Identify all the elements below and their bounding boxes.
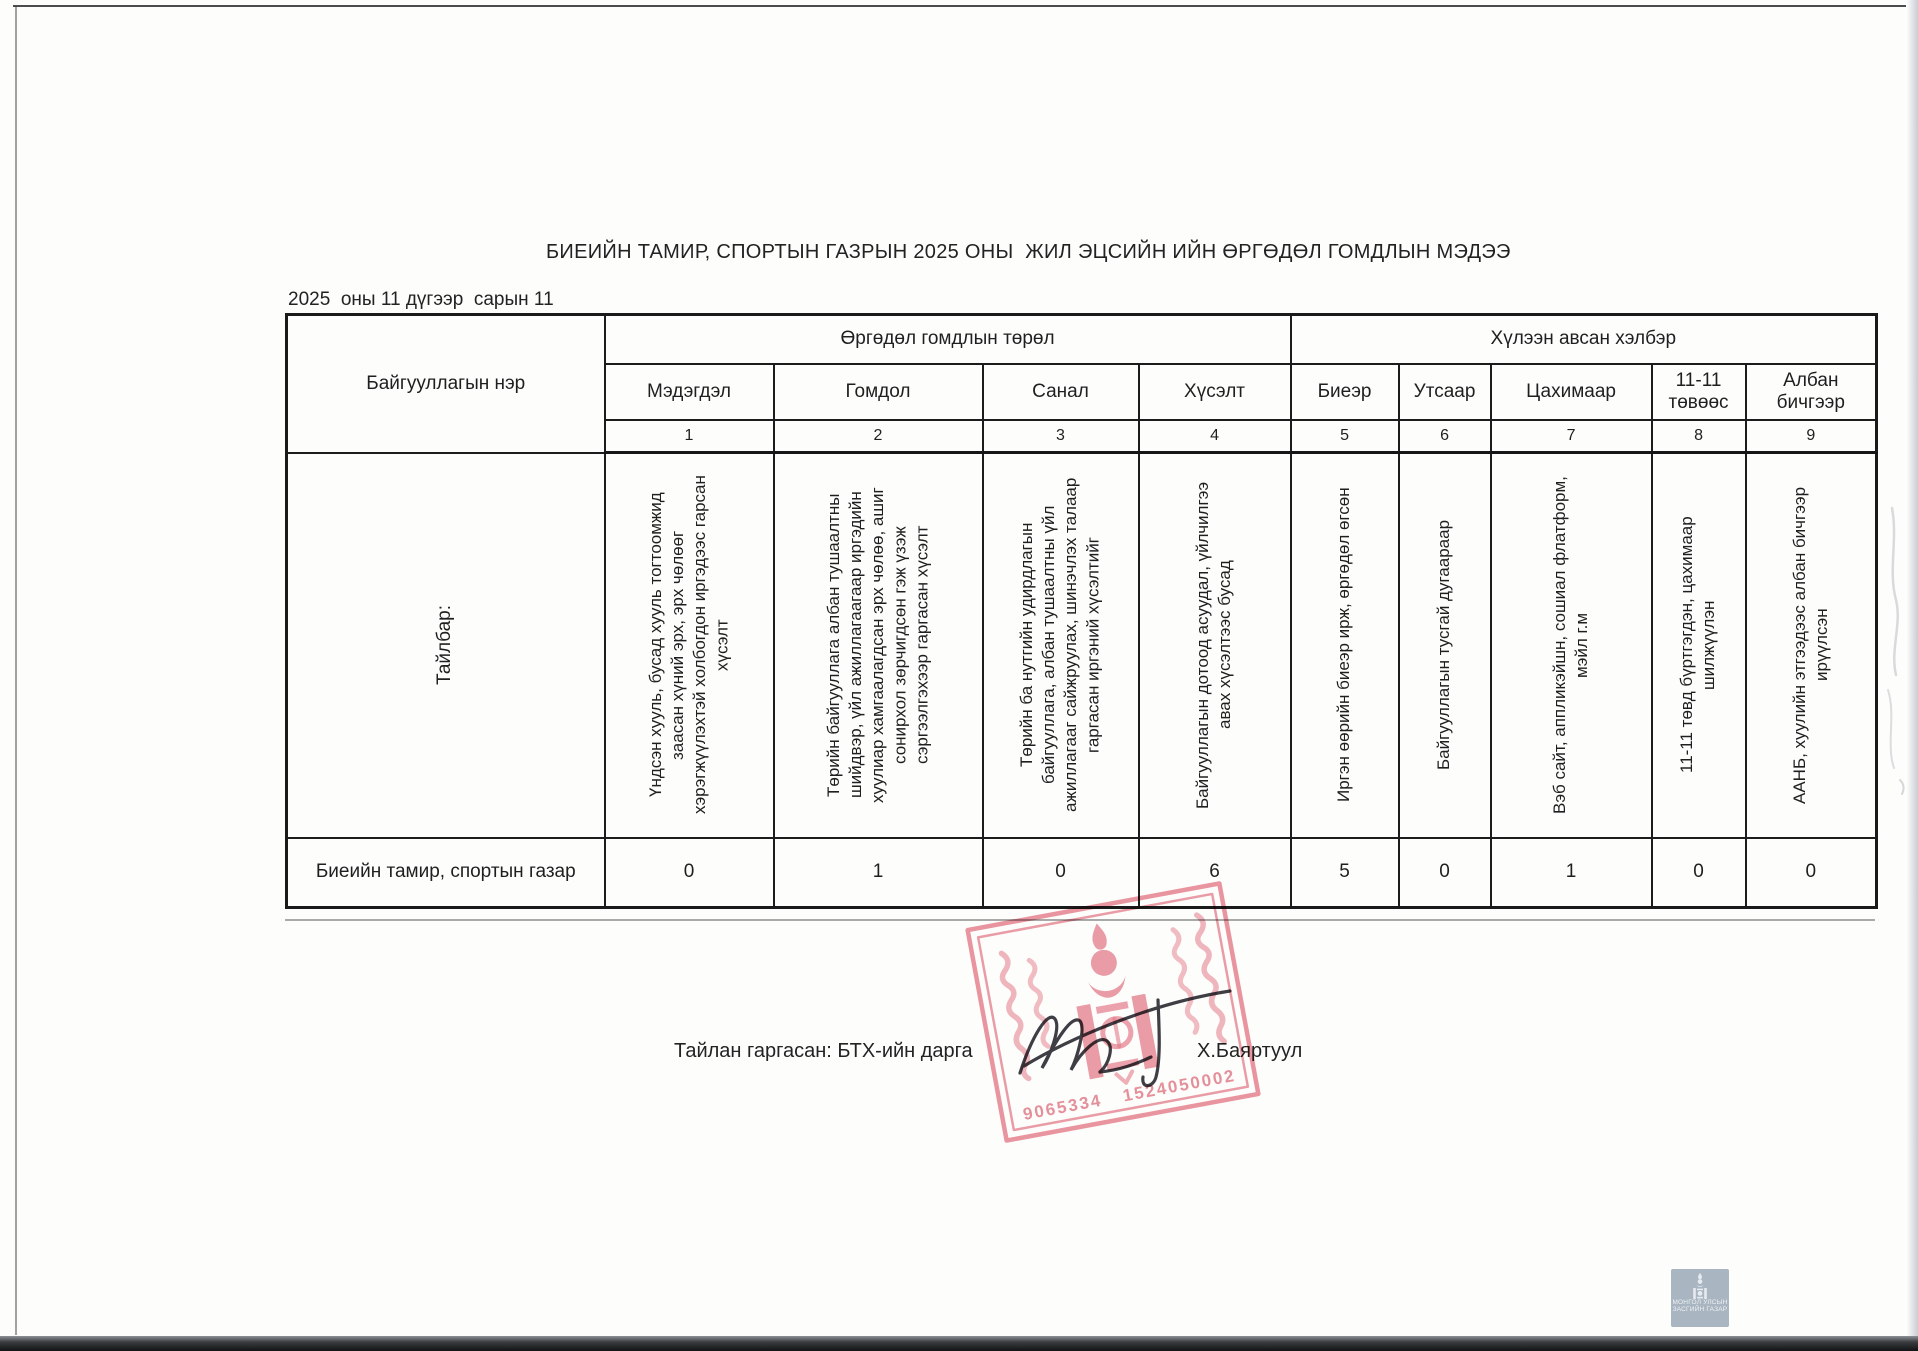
- value-cell: 5: [1291, 838, 1399, 908]
- column-label-cell: Цахимаар: [1491, 364, 1652, 420]
- logo-caption-line1: МОНГОЛ УЛСЫН: [1672, 1299, 1727, 1306]
- column-number-cell: 8: [1652, 420, 1746, 453]
- column-note-cell: Байгууллагын дотоод асуудал, үйлчилгээ а…: [1139, 453, 1291, 838]
- column-note: 11-11 төвд бүртгэгдэн, цахимаар шилжүүлэ…: [1676, 474, 1720, 816]
- column-label-cell: Мэдэгдэл: [605, 364, 774, 420]
- value-cell: 0: [983, 838, 1139, 908]
- note-row-label-cell: Тайлбар:: [287, 453, 605, 838]
- column-note-cell: Үндсэн хууль, бусад хууль тогтоомжид заа…: [605, 453, 774, 838]
- column-note-cell: Төрийн байгууллага албан тушаалтны шийдв…: [774, 453, 983, 838]
- table-row: Байгууллагын нэр Өргөдөл гомдлын төрөл Х…: [287, 315, 1877, 364]
- column-note-cell: Төрийн ба нутгийн удирдлагын байгууллага…: [983, 453, 1139, 838]
- report-table: Байгууллагын нэр Өргөдөл гомдлын төрөл Х…: [285, 313, 1878, 909]
- value-cell: 0: [1399, 838, 1491, 908]
- column-number-cell: 5: [1291, 420, 1399, 453]
- document-title: БИЕИЙН ТАМИР, СПОРТЫН ГАЗРЫН 2025 ОНЫ ЖИ…: [546, 241, 1511, 264]
- column-note-cell: Вэб сайт, аппликэйшн, сошиал флатформ, м…: [1491, 453, 1652, 838]
- value-cell: 0: [1652, 838, 1746, 908]
- column-label-cell: Утсаар: [1399, 364, 1491, 420]
- column-label-cell: Хүсэлт: [1139, 364, 1291, 420]
- column-note: ААНБ, хуулийн этгээдээс албан бичгээр ир…: [1789, 474, 1833, 816]
- column-label-cell: Санал: [983, 364, 1139, 420]
- column-note: Вэб сайт, аппликэйшн, сошиал флатформ, м…: [1549, 474, 1593, 816]
- column-note: Байгууллагын тусгай дугаараар: [1433, 474, 1455, 816]
- column-label-cell: Гомдол: [774, 364, 983, 420]
- note-row-label: Тайлбар:: [433, 605, 458, 685]
- report-date: 2025 оны 11 дүгээр сарын 11: [288, 289, 554, 311]
- page-edge-top: [13, 5, 1918, 7]
- value-cell: 0: [1746, 838, 1877, 908]
- value-cell: 1: [1491, 838, 1652, 908]
- page-edge-bottom: [0, 1336, 1918, 1351]
- column-number-cell: 2: [774, 420, 983, 453]
- column-number-cell: 7: [1491, 420, 1652, 453]
- column-label-cell: Биеэр: [1291, 364, 1399, 420]
- column-number-cell: 4: [1139, 420, 1291, 453]
- column-number-cell: 6: [1399, 420, 1491, 453]
- value-cell: 0: [605, 838, 774, 908]
- column-note: Үндсэн хууль, бусад хууль тогтоомжид заа…: [645, 474, 733, 816]
- group-header-complaint-types: Өргөдөл гомдлын төрөл: [605, 315, 1291, 364]
- column-note-cell: ААНБ, хуулийн этгээдээс албан бичгээр ир…: [1746, 453, 1877, 838]
- column-note-cell: Байгууллагын тусгай дугаараар: [1399, 453, 1491, 838]
- table-row: Биеийн тамир, спортын газар 0 1 0 6 5 0 …: [287, 838, 1877, 908]
- prepared-by-label: Тайлан гаргасан: БТХ-ийн дарга: [674, 1040, 973, 1063]
- government-logo: МОНГОЛ УЛСЫН ЗАСГИЙН ГАЗАР: [1671, 1269, 1729, 1327]
- scanned-document-page: БИЕИЙН ТАМИР, СПОРТЫН ГАЗРЫН 2025 ОНЫ ЖИ…: [0, 0, 1918, 1351]
- column-note: Иргэн өөрийн биеэр ирж, өргөдөл өгсөн: [1333, 474, 1355, 816]
- signature: [1012, 978, 1247, 1098]
- column-note: Байгууллагын дотоод асуудал, үйлчилгээ а…: [1192, 474, 1236, 816]
- column-header-organization: Байгууллагын нэр: [287, 315, 605, 453]
- column-number-cell: 9: [1746, 420, 1877, 453]
- pencil-marks: [1878, 500, 1912, 800]
- value-cell: 1: [774, 838, 983, 908]
- column-note: Төрийн ба нутгийн удирдлагын байгууллага…: [1016, 474, 1104, 816]
- column-label-cell: Албан бичгээр: [1746, 364, 1877, 420]
- column-number-cell: 3: [983, 420, 1139, 453]
- column-number-cell: 1: [605, 420, 774, 453]
- column-label-cell: 11-11 төвөөс: [1652, 364, 1746, 420]
- logo-caption-line2: ЗАСГИЙН ГАЗАР: [1673, 1306, 1728, 1313]
- table-row: Тайлбар: Үндсэн хууль, бусад хууль тогто…: [287, 453, 1877, 838]
- soyombo-icon: [1692, 1273, 1708, 1299]
- page-edge-left: [15, 6, 17, 1335]
- column-note-cell: 11-11 төвд бүртгэгдэн, цахимаар шилжүүлэ…: [1652, 453, 1746, 838]
- column-note: Төрийн байгууллага албан тушаалтны шийдв…: [823, 474, 933, 816]
- organization-name-cell: Биеийн тамир, спортын газар: [287, 838, 605, 908]
- group-header-received-forms: Хүлээн авсан хэлбэр: [1291, 315, 1877, 364]
- column-note-cell: Иргэн өөрийн биеэр ирж, өргөдөл өгсөн: [1291, 453, 1399, 838]
